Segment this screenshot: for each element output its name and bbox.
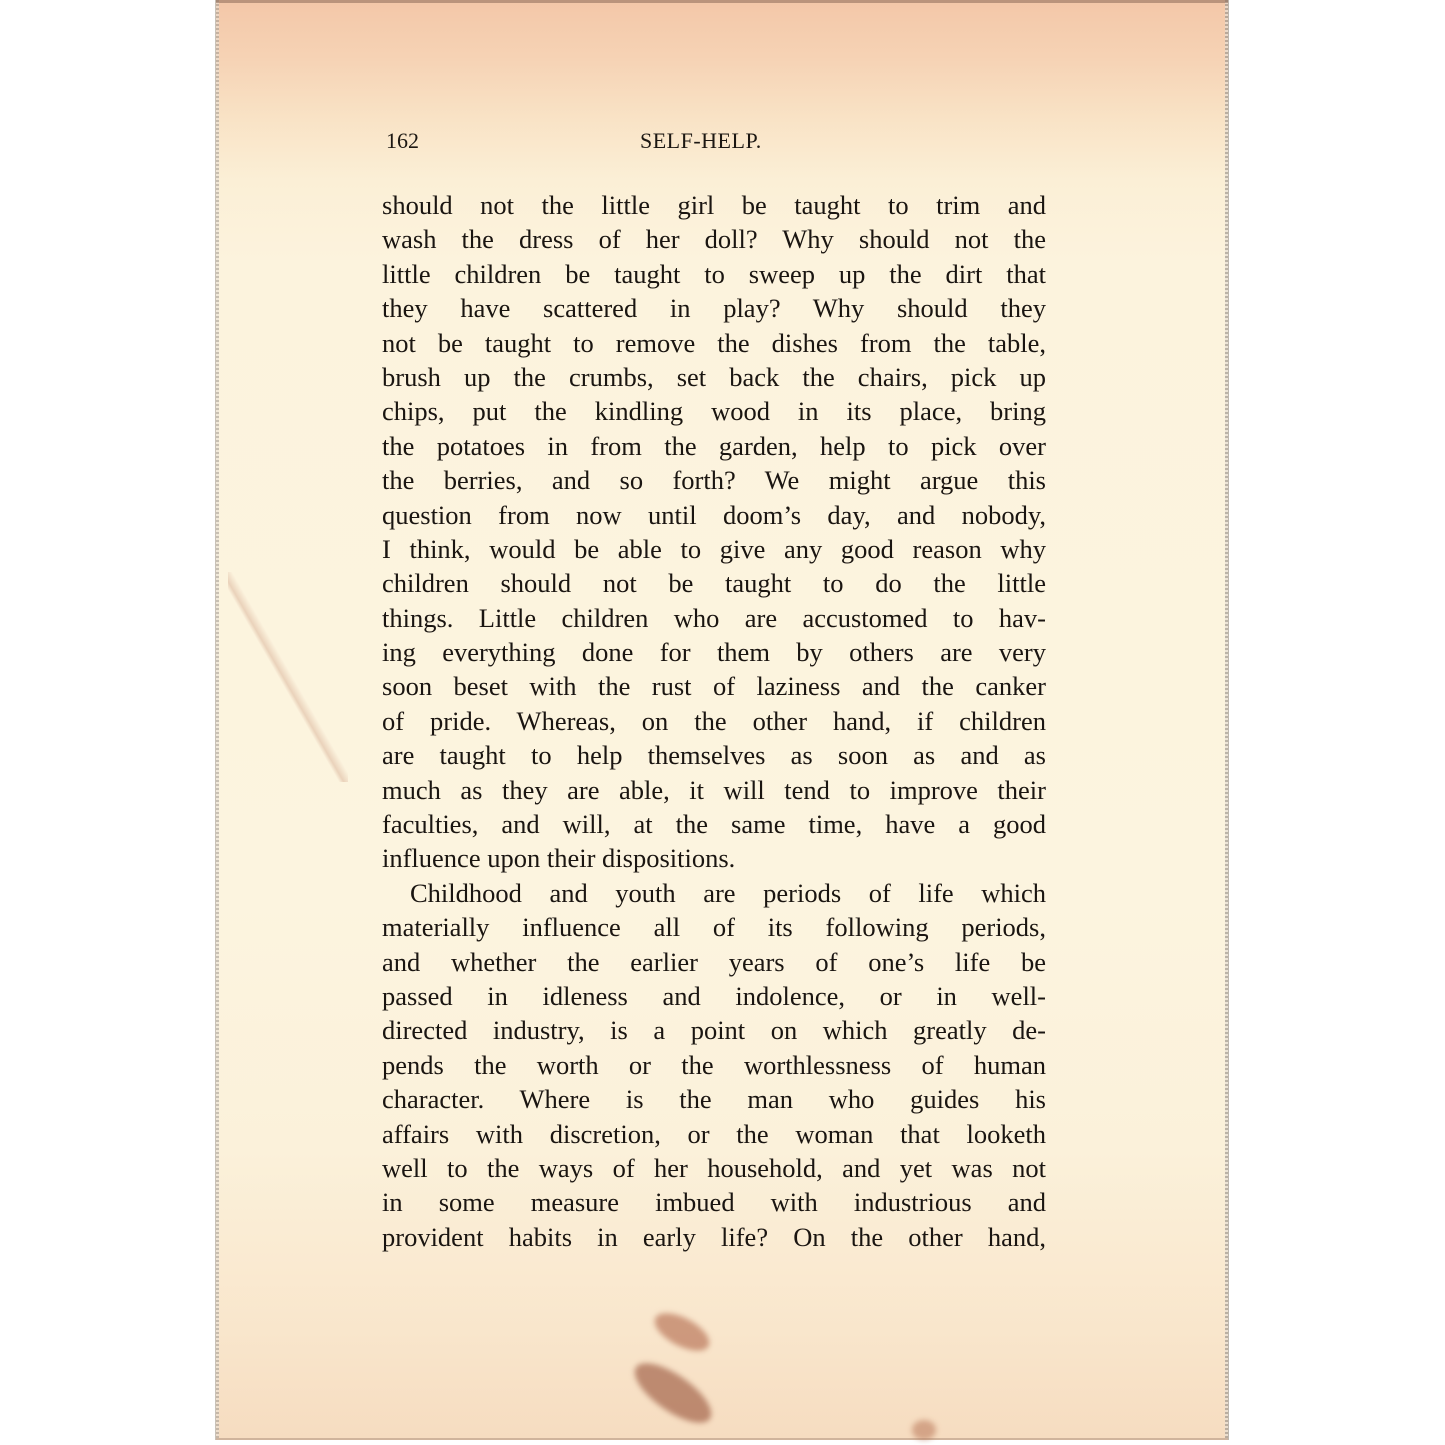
text-line: they have scattered in play? Why should …: [382, 291, 1046, 325]
paragraph-start-line: Childhood and youth are periods of life …: [382, 876, 1046, 910]
text-line: children should not be taught to do the …: [382, 566, 1046, 600]
page-bottom-edge: [216, 1438, 1228, 1440]
text-line: wash the dress of her doll? Why should n…: [382, 222, 1046, 256]
text-line: and whether the earlier years of one’s l…: [382, 945, 1046, 979]
text-line: brush up the crumbs, set back the chairs…: [382, 360, 1046, 394]
text-line: passed in idleness and indolence, or in …: [382, 979, 1046, 1013]
running-head: 162 SELF-HELP.: [386, 128, 1046, 158]
text-line: the berries, and so forth? We might argu…: [382, 463, 1046, 497]
text-line: chips, put the kindling wood in its plac…: [382, 394, 1046, 428]
scanned-page-image: 162 SELF-HELP. should not the little gir…: [0, 0, 1445, 1445]
text-line: ing everything done for them by others a…: [382, 635, 1046, 669]
body-text: should not the little girl be taught to …: [382, 188, 1046, 1254]
text-line: well to the ways of her household, and y…: [382, 1151, 1046, 1185]
text-line: provident habits in early life? On the o…: [382, 1220, 1046, 1254]
text-line: of pride. Whereas, on the other hand, if…: [382, 704, 1046, 738]
foxing-marks: [228, 572, 348, 782]
text-line: in some measure imbued with industrious …: [382, 1185, 1046, 1219]
paper-stain: [912, 1420, 936, 1440]
text-line: soon beset with the rust of laziness and…: [382, 669, 1046, 703]
text-line: much as they are able, it will tend to i…: [382, 773, 1046, 807]
text-line: character. Where is the man who guides h…: [382, 1082, 1046, 1116]
text-line: I think, would be able to give any good …: [382, 532, 1046, 566]
text-line: are taught to help themselves as soon as…: [382, 738, 1046, 772]
text-line: faculties, and will, at the same time, h…: [382, 807, 1046, 841]
text-line: the potatoes in from the garden, help to…: [382, 429, 1046, 463]
text-line: should not the little girl be taught to …: [382, 188, 1046, 222]
page-top-edge: [216, 0, 1228, 3]
text-line: materially influence all of its followin…: [382, 910, 1046, 944]
page-number: 162: [386, 128, 419, 154]
text-line: not be taught to remove the dishes from …: [382, 326, 1046, 360]
text-line: pends the worth or the worthlessness of …: [382, 1048, 1046, 1082]
text-line: things. Little children who are accustom…: [382, 601, 1046, 635]
text-line: little children be taught to sweep up th…: [382, 257, 1046, 291]
text-line: affairs with discretion, or the woman th…: [382, 1117, 1046, 1151]
running-title: SELF-HELP.: [640, 128, 762, 154]
text-line: directed industry, is a point on which g…: [382, 1013, 1046, 1047]
paragraph-end-line: influence upon their dispositions.: [382, 841, 1046, 875]
text-line: question from now until doom’s day, and …: [382, 498, 1046, 532]
